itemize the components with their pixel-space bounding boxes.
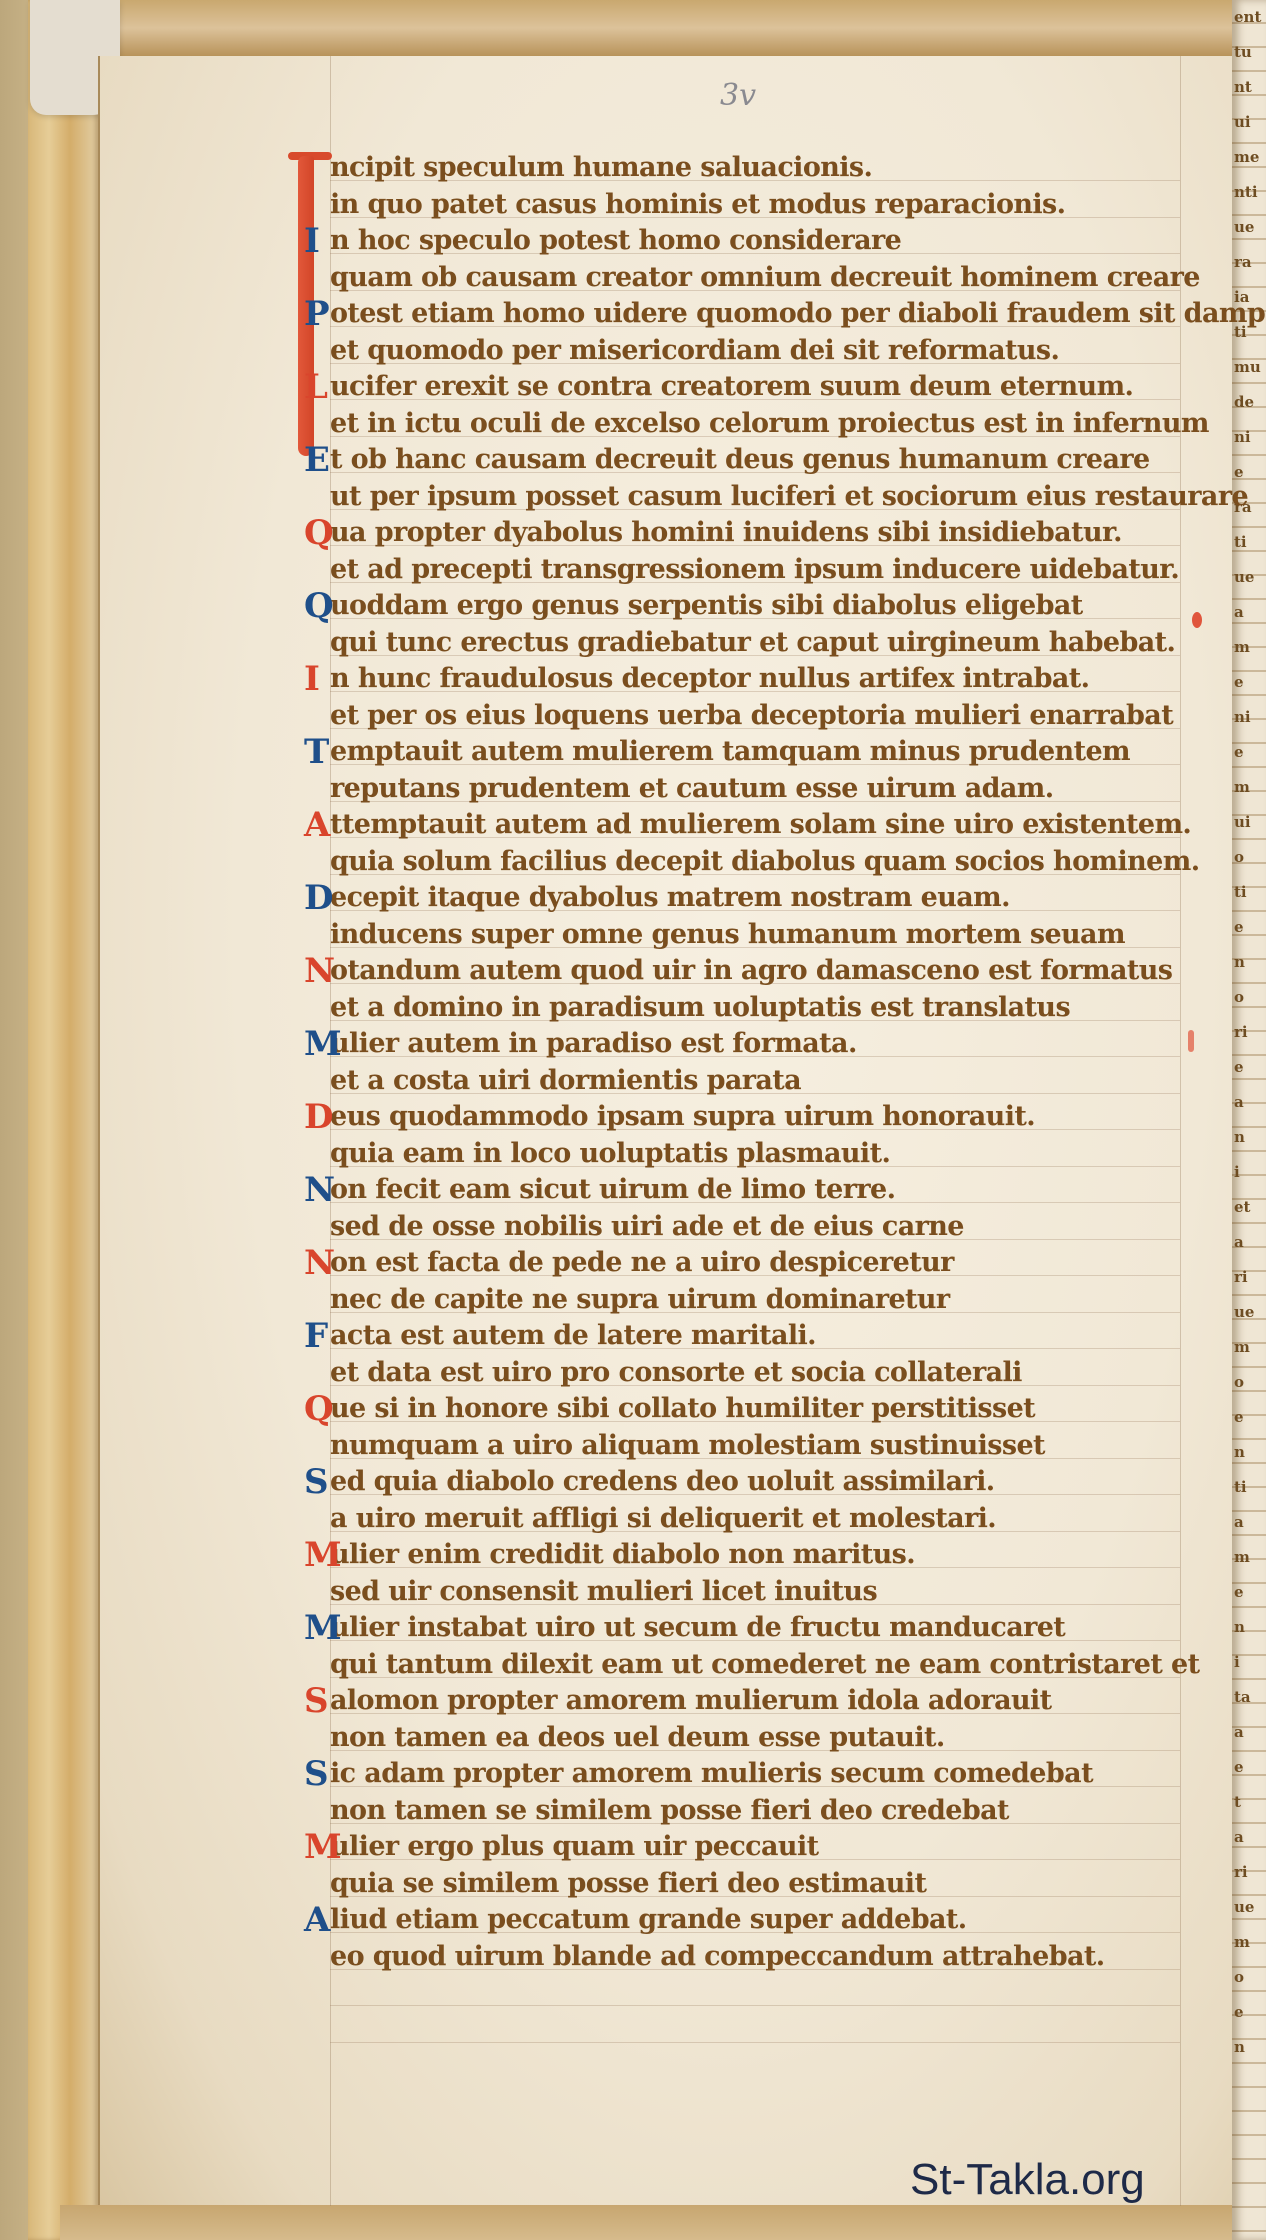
next-page-text-fragment: e: [1232, 1400, 1266, 1435]
text-line: quia solum facilius decepit diabolus qua…: [330, 844, 1230, 881]
line-text: ulier ergo plus quam uir peccauit: [330, 1831, 818, 1862]
line-text: reputans prudentem et cautum esse uirum …: [330, 773, 1054, 804]
text-line: Temptauit autem mulierem tamquam minus p…: [330, 734, 1230, 771]
next-page-text-fragment: n: [1232, 1435, 1266, 1470]
next-page-text-fragment: a: [1232, 1715, 1266, 1750]
text-line: Qua propter dyabolus homini inuidens sib…: [330, 515, 1230, 552]
next-page-text-fragment: t: [1232, 1785, 1266, 1820]
next-page-text-fragment: ue: [1232, 560, 1266, 595]
next-page-text-fragment: tu: [1232, 35, 1266, 70]
initial-letter: M: [304, 1026, 341, 1063]
ruling-line: [330, 2005, 1180, 2006]
manuscript-text: ncipit speculum humane saluacionis.in qu…: [330, 150, 1230, 1975]
next-page-text-fragment: ti: [1232, 1470, 1266, 1505]
initial-letter: M: [304, 1829, 341, 1866]
text-line: non tamen se similem posse fieri deo cre…: [330, 1793, 1230, 1830]
line-text: nec de capite ne supra uirum dominaretur: [330, 1284, 950, 1315]
text-line: Mulier instabat uiro ut secum de fructu …: [330, 1610, 1230, 1647]
next-page-text-fragment: i: [1232, 1155, 1266, 1190]
next-page-text-fragment: ri: [1232, 1260, 1266, 1295]
text-line: quia eam in loco uoluptatis plasmauit.: [330, 1136, 1230, 1173]
line-text: liud etiam peccatum grande super addebat…: [330, 1904, 967, 1935]
text-line: Aliud etiam peccatum grande super addeba…: [330, 1902, 1230, 1939]
line-text: alomon propter amorem mulierum idola ado…: [330, 1685, 1052, 1716]
initial-letter: D: [304, 1099, 333, 1136]
next-page-text-fragment: m: [1232, 1925, 1266, 1960]
text-line: et ad precepti transgressionem ipsum ind…: [330, 552, 1230, 589]
initial-letter: M: [304, 1537, 341, 1574]
line-text: et data est uiro pro consorte et socia c…: [330, 1357, 1022, 1388]
initial-letter: Q: [304, 1391, 333, 1428]
initial-letter: I: [304, 223, 319, 260]
watermark: St-Takla.org: [910, 2155, 1145, 2205]
text-line: Deus quodammodo ipsam supra uirum honora…: [330, 1099, 1230, 1136]
line-text: a uiro meruit affligi si deliquerit et m…: [330, 1503, 996, 1534]
line-text: acta est autem de latere maritali.: [330, 1320, 816, 1351]
next-page-text-fragment: a: [1232, 1225, 1266, 1260]
line-text: sed uir consensit mulieri licet inuitus: [330, 1576, 877, 1607]
bottom-edge: [60, 2205, 1250, 2240]
line-text: et a domino in paradisum uoluptatis est …: [330, 992, 1070, 1023]
ruling-line: [330, 2042, 1180, 2043]
text-line: Mulier autem in paradiso est formata.: [330, 1026, 1230, 1063]
line-text: quia solum facilius decepit diabolus qua…: [330, 846, 1200, 877]
next-page-text-fragment: e: [1232, 735, 1266, 770]
next-page-text-fragment: ui: [1232, 105, 1266, 140]
next-page-text-fragment: ti: [1232, 525, 1266, 560]
folio-number: 3v: [720, 78, 756, 113]
text-line: in quo patet casus hominis et modus repa…: [330, 187, 1230, 224]
line-text: otandum autem quod uir in agro damasceno…: [330, 955, 1172, 986]
text-line: non tamen ea deos uel deum esse putauit.: [330, 1720, 1230, 1757]
line-text: n hunc fraudulosus deceptor nullus artif…: [330, 663, 1089, 694]
next-page-text-fragment: m: [1232, 770, 1266, 805]
next-page-text-fragment: ri: [1232, 1015, 1266, 1050]
binding-edge: [28, 0, 98, 2240]
text-line: Decepit itaque dyabolus matrem nostram e…: [330, 880, 1230, 917]
next-page-text-fragment: ra: [1232, 245, 1266, 280]
text-line: Lucifer erexit se contra creatorem suum …: [330, 369, 1230, 406]
line-text: ucifer erexit se contra creatorem suum d…: [330, 371, 1133, 402]
line-text: emptauit autem mulierem tamquam minus pr…: [330, 736, 1130, 767]
line-text: et ad precepti transgressionem ipsum ind…: [330, 554, 1179, 585]
text-line: a uiro meruit affligi si deliquerit et m…: [330, 1501, 1230, 1538]
text-line: Attemptauit autem ad mulierem solam sine…: [330, 807, 1230, 844]
next-page-text-fragment: nti: [1232, 175, 1266, 210]
text-line: et per os eius loquens uerba deceptoria …: [330, 698, 1230, 735]
initial-letter: Q: [304, 515, 333, 552]
next-page-edge: enttuntuimentiueraiatimudenieratiueameni…: [1232, 0, 1266, 2240]
text-line: numquam a uiro aliquam molestiam sustinu…: [330, 1428, 1230, 1465]
text-line: Mulier enim credidit diabolo non maritus…: [330, 1537, 1230, 1574]
rubric-mark: [1192, 612, 1202, 628]
initial-letter: Q: [304, 588, 333, 625]
text-line: eo quod uirum blande ad compeccandum att…: [330, 1939, 1230, 1976]
line-text: ncipit speculum humane saluacionis.: [330, 152, 872, 183]
text-line: et data est uiro pro consorte et socia c…: [330, 1355, 1230, 1392]
text-line: et in ictu oculi de excelso celorum proi…: [330, 406, 1230, 443]
line-text: ulier instabat uiro ut secum de fructu m…: [330, 1612, 1065, 1643]
next-page-text-fragment: ue: [1232, 1890, 1266, 1925]
text-line: et a costa uiri dormientis parata: [330, 1063, 1230, 1100]
text-line: quam ob causam creator omnium decreuit h…: [330, 260, 1230, 297]
line-text: et per os eius loquens uerba deceptoria …: [330, 700, 1173, 731]
initial-letter: T: [304, 734, 329, 771]
text-line: reputans prudentem et cautum esse uirum …: [330, 771, 1230, 808]
next-page-text-fragment: ui: [1232, 805, 1266, 840]
text-line: In hoc speculo potest homo considerare: [330, 223, 1230, 260]
next-page-text-fragment: e: [1232, 910, 1266, 945]
text-line: Et ob hanc causam decreuit deus genus hu…: [330, 442, 1230, 479]
line-text: on fecit eam sicut uirum de limo terre.: [330, 1174, 895, 1205]
line-text: ic adam propter amorem mulieris secum co…: [330, 1758, 1093, 1789]
next-page-text-fragment: a: [1232, 595, 1266, 630]
next-page-text-fragment: ue: [1232, 210, 1266, 245]
line-text: otest etiam homo uidere quomodo per diab…: [330, 298, 1266, 329]
line-text: ue si in honore sibi collato humiliter p…: [330, 1393, 1035, 1424]
text-line: Potest etiam homo uidere quomodo per dia…: [330, 296, 1230, 333]
text-line: nec de capite ne supra uirum dominaretur: [330, 1282, 1230, 1319]
text-line: ncipit speculum humane saluacionis.: [330, 150, 1230, 187]
next-page-text-fragment: ni: [1232, 420, 1266, 455]
text-line: Notandum autem quod uir in agro damascen…: [330, 953, 1230, 990]
next-page-text-fragment: a: [1232, 1820, 1266, 1855]
text-line: Sic adam propter amorem mulieris secum c…: [330, 1756, 1230, 1793]
initial-letter: N: [304, 953, 334, 990]
next-page-text-fragment: e: [1232, 1750, 1266, 1785]
text-line: In hunc fraudulosus deceptor nullus arti…: [330, 661, 1230, 698]
next-page-text-fragment: a: [1232, 1505, 1266, 1540]
line-text: sed de osse nobilis uiri ade et de eius …: [330, 1211, 964, 1242]
line-text: quia eam in loco uoluptatis plasmauit.: [330, 1138, 890, 1169]
next-page-text-fragment: a: [1232, 1085, 1266, 1120]
next-page-text-fragment: i: [1232, 1645, 1266, 1680]
next-page-text-fragment: ni: [1232, 700, 1266, 735]
text-line: Non fecit eam sicut uirum de limo terre.: [330, 1172, 1230, 1209]
next-page-text-fragment: n: [1232, 945, 1266, 980]
line-text: quam ob causam creator omnium decreuit h…: [330, 262, 1200, 293]
line-text: ttemptauit autem ad mulierem solam sine …: [330, 809, 1191, 840]
initial-letter: I: [304, 661, 319, 698]
next-page-text-fragment: e: [1232, 1575, 1266, 1610]
initial-letter: S: [304, 1464, 328, 1501]
next-page-text-fragment: ent: [1232, 0, 1266, 35]
text-line: Quoddam ergo genus serpentis sibi diabol…: [330, 588, 1230, 625]
line-text: ed quia diabolo credens deo uoluit assim…: [330, 1466, 995, 1497]
line-text: et quomodo per misericordiam dei sit ref…: [330, 335, 1059, 366]
line-text: in quo patet casus hominis et modus repa…: [330, 189, 1065, 220]
line-text: numquam a uiro aliquam molestiam sustinu…: [330, 1430, 1045, 1461]
text-line: sed de osse nobilis uiri ade et de eius …: [330, 1209, 1230, 1246]
next-page-text-fragment: mu: [1232, 350, 1266, 385]
line-text: t ob hanc causam decreuit deus genus hum…: [330, 444, 1150, 475]
rubric-mark: [1188, 1030, 1194, 1052]
text-line: et a domino in paradisum uoluptatis est …: [330, 990, 1230, 1027]
text-line: Sed quia diabolo credens deo uoluit assi…: [330, 1464, 1230, 1501]
initial-letter: S: [304, 1756, 328, 1793]
next-page-text-fragment: nt: [1232, 70, 1266, 105]
next-page-text-fragment: me: [1232, 140, 1266, 175]
text-line: Non est facta de pede ne a uiro despicer…: [330, 1245, 1230, 1282]
next-page-text-fragment: o: [1232, 840, 1266, 875]
next-page-text-fragment: de: [1232, 385, 1266, 420]
top-edge: [60, 0, 1250, 56]
next-page-text-fragment: ti: [1232, 875, 1266, 910]
next-page-text-fragment: m: [1232, 1540, 1266, 1575]
initial-letter: E: [304, 442, 329, 479]
line-text: on est facta de pede ne a uiro despicere…: [330, 1247, 954, 1278]
initial-letter: N: [304, 1172, 334, 1209]
line-text: qui tunc erectus gradiebatur et caput ui…: [330, 627, 1175, 658]
line-text: ulier autem in paradiso est formata.: [330, 1028, 857, 1059]
text-line: Facta est autem de latere maritali.: [330, 1318, 1230, 1355]
initial-letter: M: [304, 1610, 341, 1647]
initial-letter: F: [304, 1318, 328, 1355]
next-page-text-fragment: n: [1232, 1120, 1266, 1155]
line-text: eo quod uirum blande ad compeccandum att…: [330, 1941, 1105, 1972]
next-page-text-fragment: e: [1232, 1050, 1266, 1085]
text-line: inducens super omne genus humanum mortem…: [330, 917, 1230, 954]
next-page-text-fragment: ue: [1232, 1295, 1266, 1330]
line-text: ua propter dyabolus homini inuidens sibi…: [330, 517, 1122, 548]
text-line: quia se similem posse fieri deo estimaui…: [330, 1866, 1230, 1903]
initial-letter: A: [304, 1902, 330, 1939]
next-page-text-fragment: o: [1232, 1960, 1266, 1995]
line-text: et a costa uiri dormientis parata: [330, 1065, 801, 1096]
line-text: et in ictu oculi de excelso celorum proi…: [330, 408, 1209, 439]
next-page-text-fragment: o: [1232, 1365, 1266, 1400]
next-page-text-fragment: n: [1232, 1610, 1266, 1645]
initial-letter: A: [304, 807, 330, 844]
next-page-text-fragment: o: [1232, 980, 1266, 1015]
text-line: qui tantum dilexit eam ut comederet ne e…: [330, 1647, 1230, 1684]
next-page-text-fragment: n: [1232, 2030, 1266, 2065]
line-text: eus quodammodo ipsam supra uirum honorau…: [330, 1101, 1035, 1132]
text-line: et quomodo per misericordiam dei sit ref…: [330, 333, 1230, 370]
line-text: ecepit itaque dyabolus matrem nostram eu…: [330, 882, 1010, 913]
initial-letter: N: [304, 1245, 334, 1282]
next-page-text-fragment: e: [1232, 1995, 1266, 2030]
line-text: uoddam ergo genus serpentis sibi diabolu…: [330, 590, 1083, 621]
text-line: sed uir consensit mulieri licet inuitus: [330, 1574, 1230, 1611]
line-text: ulier enim credidit diabolo non maritus.: [330, 1539, 915, 1570]
initial-letter: L: [304, 369, 327, 406]
next-page-text-fragment: m: [1232, 630, 1266, 665]
line-text: non tamen ea deos uel deum esse putauit.: [330, 1722, 945, 1753]
next-page-text-fragment: e: [1232, 665, 1266, 700]
initial-letter: P: [304, 296, 329, 333]
line-text: ut per ipsum posset casum luciferi et so…: [330, 481, 1248, 512]
line-text: non tamen se similem posse fieri deo cre…: [330, 1795, 1009, 1826]
line-text: qui tantum dilexit eam ut comederet ne e…: [330, 1649, 1199, 1680]
initial-letter: S: [304, 1683, 328, 1720]
initial-letter: D: [304, 880, 333, 917]
next-page-text-fragment: et: [1232, 1190, 1266, 1225]
line-text: inducens super omne genus humanum mortem…: [330, 919, 1125, 950]
text-line: Salomon propter amorem mulierum idola ad…: [330, 1683, 1230, 1720]
text-line: ut per ipsum posset casum luciferi et so…: [330, 479, 1230, 516]
line-text: n hoc speculo potest homo considerare: [330, 225, 901, 256]
next-page-text-fragment: ta: [1232, 1680, 1266, 1715]
next-page-text-fragment: m: [1232, 1330, 1266, 1365]
line-text: quia se similem posse fieri deo estimaui…: [330, 1868, 926, 1899]
next-page-text-fragment: ri: [1232, 1855, 1266, 1890]
text-line: Mulier ergo plus quam uir peccauit: [330, 1829, 1230, 1866]
text-line: qui tunc erectus gradiebatur et caput ui…: [330, 625, 1230, 662]
text-line: Que si in honore sibi collato humiliter …: [330, 1391, 1230, 1428]
